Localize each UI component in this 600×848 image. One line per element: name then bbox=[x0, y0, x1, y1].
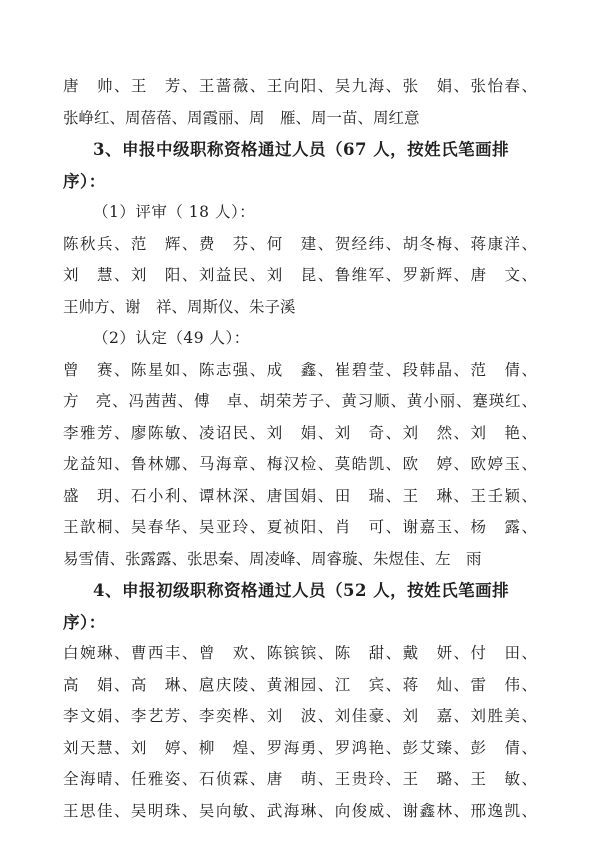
name-list-line: 刘天慧、刘 婷、柳 煌、罗海勇、罗鸿艳、彭艾臻、彭 倩、 bbox=[63, 733, 537, 765]
section-heading-intermediate: 3、申报中级职称资格通过人员（67 人，按姓氏笔画排序）： bbox=[63, 134, 537, 197]
section-heading-junior: 4、申报初级职称资格通过人员（52 人，按姓氏笔画排序）： bbox=[63, 575, 537, 638]
name-list-line: 陈秋兵、范 辉、费 芬、何 建、贺经纬、胡冬梅、蒋康洋、 bbox=[63, 229, 537, 261]
name-list-line: 王帅方、谢 祥、周斯仪、朱子溪 bbox=[63, 292, 537, 324]
name-list-line: 全海晴、任雅姿、石侦霖、唐 萌、王贵玲、王 璐、王 敏、 bbox=[63, 764, 537, 796]
name-list-line: 唐 帅、王 芳、王蔷薇、王向阳、吴九海、张 娟、张怡春、 bbox=[63, 71, 537, 103]
name-list-line: 白婉琳、曹西丰、曾 欢、陈镔镔、陈 甜、戴 妍、付 田、 bbox=[63, 638, 537, 670]
subsection-heading-recognition: （2）认定（49 人）： bbox=[63, 323, 537, 355]
name-list-line: 曾 赛、陈星如、陈志强、成 鑫、崔碧莹、段韩晶、范 倩、 bbox=[63, 355, 537, 387]
subsection-heading-review: （1）评审（ 18 人）： bbox=[63, 197, 537, 229]
name-list-line: 高 娟、高 琳、扈庆陵、黄湘园、江 宾、蒋 灿、雷 伟、 bbox=[63, 670, 537, 702]
name-list-line: 方 亮、冯茜茜、傅 卓、胡荣芳子、黄习顺、黄小丽、蹇瑛红、 bbox=[63, 386, 537, 418]
name-list-line: 刘 慧、刘 阳、刘益民、刘 昆、鲁维军、罗新辉、唐 文、 bbox=[63, 260, 537, 292]
name-list-line: 王思佳、吴明珠、吴向敏、武海琳、向俊威、谢鑫林、邢逸凯、 bbox=[63, 796, 537, 828]
document-page: 唐 帅、王 芳、王蔷薇、王向阳、吴九海、张 娟、张怡春、 张峥红、周蓓蓓、周霞丽… bbox=[0, 0, 600, 848]
name-list-line: 盛 玥、石小利、谭林深、唐国娟、田 瑞、王 琳、王壬颖、 bbox=[63, 481, 537, 513]
name-list-line: 王歆桐、吴春华、吴亚玲、夏祯阳、肖 可、谢嘉玉、杨 露、 bbox=[63, 512, 537, 544]
name-list-line: 龙益知、鲁林娜、马海章、梅汉检、莫皓凯、欧 婷、欧婷玉、 bbox=[63, 449, 537, 481]
name-list-line: 李雅芳、廖陈敏、凌诏民、刘 娟、刘 奇、刘 然、刘 艳、 bbox=[63, 418, 537, 450]
name-list-line: 李文娟、李艺芳、李奕桦、刘 波、刘佳豪、刘 嘉、刘胜美、 bbox=[63, 701, 537, 733]
name-list-line: 张峥红、周蓓蓓、周霞丽、周 雁、周一苗、周红意 bbox=[63, 103, 537, 135]
name-list-line: 易雪倩、张露露、张思秦、周凌峰、周睿璇、朱煜佳、左 雨 bbox=[63, 544, 537, 576]
